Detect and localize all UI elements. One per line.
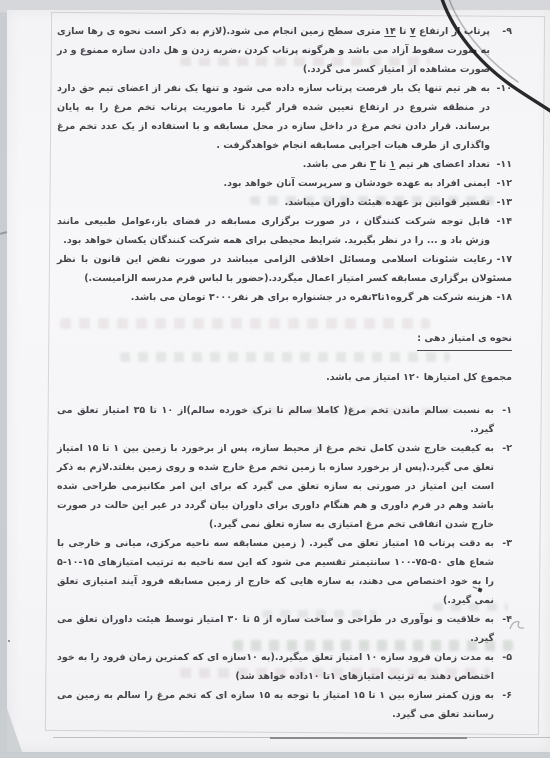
- paper-page: ۹- پرتاب از ارتفاع ۷ تا ۱۴ متری سطح زمین…: [7, 10, 550, 752]
- item-number: ۱-: [494, 401, 512, 439]
- total-points-line: مجموع کل امتیازها ۱۲۰ امتیاز می باشد.: [57, 368, 512, 387]
- item-number: ۱۱-: [490, 155, 512, 174]
- ink-speck: [8, 640, 10, 642]
- text-run: پرتاب از ارتفاع: [416, 26, 490, 37]
- scoring-item-4: ۴- به خلاقیت و نوآوری در طراحی و ساخت سا…: [57, 610, 512, 648]
- item-number: ۱۰-: [490, 79, 512, 155]
- text-run: نفر می باشد.: [303, 159, 370, 170]
- scoring-item-3: ۳- به دقت پرتاب ۱۵ امتیاز تعلق می گیرد. …: [57, 534, 512, 610]
- item-text: ایمنی افراد به عهده خودشان و سرپرست آنان…: [57, 174, 490, 193]
- item-number: ۵-: [494, 648, 512, 686]
- item-number: ۹-: [490, 22, 512, 79]
- text-run: تعداد اعضای هر تیم: [395, 159, 490, 170]
- scoring-section-header: نحوه ی امتیاز دهی :: [417, 329, 512, 351]
- item-text: به هر تیم تنها یک بار فرصت پرتاب سازه دا…: [57, 79, 490, 155]
- item-text: رعایت شئونات اسلامی ومسائل اخلاقی الزامی…: [57, 254, 512, 284]
- text-run: تا: [376, 159, 390, 170]
- rule-item-10: ۱۰- به هر تیم تنها یک بار فرصت پرتاب ساز…: [57, 79, 512, 155]
- rule-item-12: ۱۲- ایمنی افراد به عهده خودشان و سرپرست …: [57, 174, 512, 193]
- item-text: به وزن کمتر سازه بین ۱ تا ۱۵ امتیاز با ت…: [57, 686, 494, 724]
- item-number: ۱۷-: [496, 254, 512, 265]
- item-number: ۱۲-: [490, 174, 512, 193]
- item-number: ۱۳-: [490, 193, 512, 212]
- item-number: ۳-: [494, 534, 512, 610]
- item-number: ۲-: [494, 439, 512, 534]
- rule-item-14: ۱۴- قابل توجه شرکت کنندگان ، در صورت برگ…: [57, 212, 512, 250]
- item-text: به خلاقیت و نوآوری در طراحی و ساخت سازه …: [57, 610, 494, 648]
- scoring-item-5: ۵- به مدت زمان فرود سازه ۱۰ امتیاز تعلق …: [57, 648, 512, 686]
- rule-item-13: ۱۳- تفسیر قوانین بر عهده هیئت داوران میب…: [57, 193, 512, 212]
- scoring-item-2: ۲- به کیفیت خارج شدن کامل تخم مرغ از محی…: [57, 439, 512, 534]
- rules-list: ۹- پرتاب از ارتفاع ۷ تا ۱۴ متری سطح زمین…: [57, 22, 512, 307]
- scoring-section: نحوه ی امتیاز دهی : مجموع کل امتیازها ۱۲…: [57, 307, 512, 724]
- item-number: ۱۸-: [496, 292, 512, 303]
- item-number: ۶-: [494, 686, 512, 724]
- item-text: تعداد اعضای هر تیم ۱ تا ۳ نفر می باشد.: [57, 155, 490, 174]
- item-text: پرتاب از ارتفاع ۷ تا ۱۴ متری سطح زمین ان…: [57, 22, 490, 79]
- item-number: ۱۴-: [490, 212, 512, 250]
- item-text: تفسیر قوانین بر عهده هیئت داوران میباشد.: [57, 193, 490, 212]
- item-text: به کیفیت خارج شدن کامل تخم مرغ از محیط س…: [57, 439, 494, 534]
- scoring-list: ۱- به نسبت سالم ماندن تخم مرغ( کاملا سال…: [57, 401, 512, 724]
- scoring-item-1: ۱- به نسبت سالم ماندن تخم مرغ( کاملا سال…: [57, 401, 512, 439]
- text-run: تا: [396, 26, 410, 37]
- scan-canvas: ۹- پرتاب از ارتفاع ۷ تا ۱۴ متری سطح زمین…: [0, 0, 550, 758]
- rule-item-11: ۱۱- تعداد اعضای هر تیم ۱ تا ۳ نفر می باش…: [57, 155, 512, 174]
- item-text: هزینه شرکت هر گروه۱تا۳نفره در جشنواره بر…: [131, 292, 493, 303]
- rule-item-18: ۱۸-هزینه شرکت هر گروه۱تا۳نفره در جشنواره…: [57, 288, 512, 307]
- rule-item-9: ۹- پرتاب از ارتفاع ۷ تا ۱۴ متری سطح زمین…: [57, 22, 512, 79]
- scoring-item-6: ۶- به وزن کمتر سازه بین ۱ تا ۱۵ امتیاز ب…: [57, 686, 512, 724]
- page-bottom-edge-shadow: [270, 737, 467, 739]
- item-number: ۴-: [494, 610, 512, 648]
- item-text: به نسبت سالم ماندن تخم مرغ( کاملا سالم ت…: [57, 401, 494, 439]
- item-text: قابل توجه شرکت کنندگان ، در صورت برگزاری…: [57, 212, 490, 250]
- item-text: به مدت زمان فرود سازه ۱۰ امتیاز تعلق میگ…: [57, 648, 494, 686]
- document-content: ۹- پرتاب از ارتفاع ۷ تا ۱۴ متری سطح زمین…: [57, 22, 512, 724]
- rule-item-17: ۱۷-رعایت شئونات اسلامی ومسائل اخلاقی الز…: [57, 250, 512, 288]
- underlined-number: ۱۴: [384, 26, 396, 37]
- item-text: به دقت پرتاب ۱۵ امتیاز تعلق می گیرد. ( ز…: [57, 534, 494, 610]
